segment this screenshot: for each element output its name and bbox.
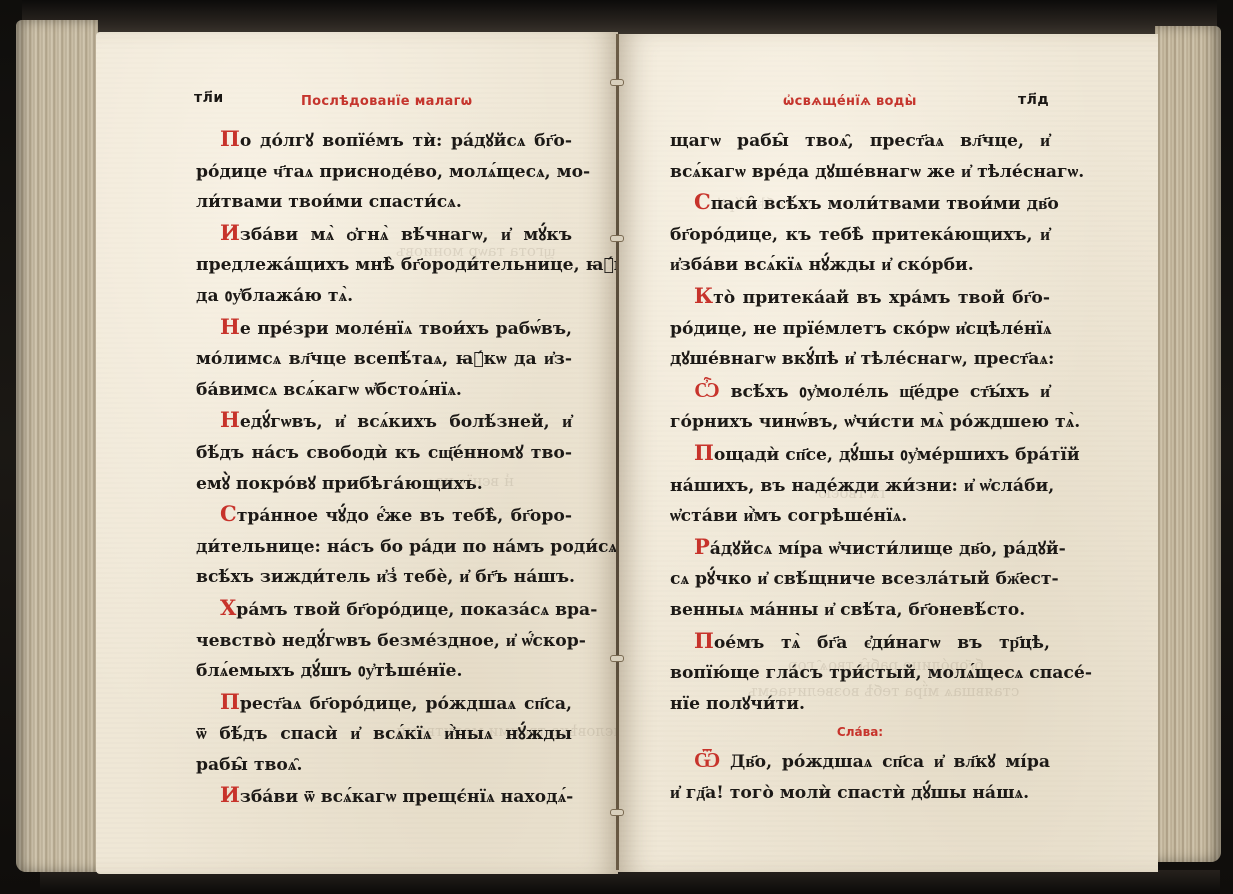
text-line: го́рнихъ чинѡ́въ, ѡ҆чи́сти мѧ̀ ро́ждшею … [670, 407, 1050, 438]
text-line: бг҃оро́дице, къ тебѣ̀ притека́ющихъ, и҆ [670, 220, 1050, 251]
text-line: щагѡ рабы̑ твоѧ̑, прест҃аѧ вл҃чце, и҆ [670, 126, 1050, 157]
red-initial: И [220, 782, 240, 807]
text-line: да ᲂу҆блажа́ю тѧ̀. [196, 281, 572, 312]
text-line: всѣ́хъ зижди́тель и҆з̾ тебѐ, и҆ бг҃ъ на́… [196, 562, 572, 593]
red-initial: С [694, 189, 711, 214]
text-line: Хра́мъ твой бг҃оро́дице, показа́сѧ вра- [196, 593, 572, 626]
red-initial: П [694, 440, 714, 465]
page-number: тл҃д [1018, 92, 1049, 108]
text-line: нїе полꙋчи́ти. [670, 689, 1050, 720]
text-line: ѿ бѣ́дъ спасѝ и҆ всѧ́кїѧ и҆̀ныѧ нꙋ́жды [196, 719, 572, 750]
red-initial: К [694, 283, 713, 308]
text-line: Ѽ всѣ́хъ ᲂу҆моле́ль щ҃е́дре ст҃ы́хъ и҆ [670, 375, 1050, 408]
red-initial: С [220, 501, 237, 526]
text-line: ба́вимсѧ всѧ́кагѡ ѡ҆бстоѧ́нїѧ. [196, 375, 572, 406]
text-line: Пое́мъ тѧ̀ бг҃а є҆ди́нагѡ въ тр҃цѣ, [670, 626, 1050, 659]
text-line: бѣ́дъ на́съ свободѝ къ сщ҃е́нномꙋ тво- [196, 438, 572, 469]
red-initial: Н [220, 407, 240, 432]
text-line: и҆ гд҃а! того̀ молѝ спастѝ дꙋ́шы на́шѧ. [670, 778, 1050, 809]
text-line: Изба́ви мѧ̀ ѻ҆гнѧ̀ вѣ́чнагѡ, и҆ мꙋ́къ [196, 218, 572, 251]
text-line: ди́тельнице: на́съ бо ра́ди по на́мъ род… [196, 532, 572, 563]
red-initial: Ѿ [694, 747, 720, 772]
text-line: ро́дице, не прїе́млетъ ско́рѡ и҆сцѣле́нї… [670, 314, 1050, 345]
text-line: рабы̑ твоѧ̑. [196, 750, 572, 781]
text-line: венныѧ ма́нны и҆ свѣ́та, бг҃оневѣ́сто. [670, 595, 1050, 626]
rubric-glory: Сла́ва: [670, 719, 1050, 745]
text-line: Недꙋ́гѡвъ, и҆ всѧ́кихъ болѣ́зней, и҆ [196, 405, 572, 438]
right-page-body: щагѡ рабы̑ твоѧ̑, прест҃аѧ вл҃чце, и҆ вс… [670, 126, 1050, 808]
text-line: Ѿ Дв҃о, ро́ждшаѧ сп҃са и҆ вл҃кꙋ мі́ра [670, 745, 1050, 778]
text-line: Пощадѝ сп҃се, дꙋ́шы ᲂу҆ме́ршихъ бра́тїй [670, 438, 1050, 471]
text-line: ѡ҆ста́ви и҆̀мъ согрѣше́нїѧ. [670, 501, 1050, 532]
text-line: Стра́нное чꙋ́до е҆́же въ тебѣ̀, бг҃оро- [196, 499, 572, 532]
text-line: По до́лгꙋ вопїе́мъ тѝ: ра́дꙋйсѧ бг҃о- [196, 124, 572, 157]
red-initial: Х [220, 595, 236, 620]
text-line: ли́твами твои́ми спасти́сѧ. [196, 187, 572, 218]
binding-stitch [611, 80, 623, 85]
running-head: Послѣдованїе малагѡ [301, 94, 472, 109]
book-gutter [616, 34, 619, 870]
right-page: ѡ҆ тебѣ вѣ́рꙋ тѧ твоєю бг҃оро́дице рабы̑… [618, 34, 1158, 872]
red-initial: Н [220, 314, 240, 339]
text-line: Прест҃аѧ бг҃оро́дице, ро́ждшаѧ сп҃са, [196, 687, 572, 720]
text-line: Спаси̑ всѣ́хъ моли́твами твои́ми дв҃о [670, 187, 1050, 220]
photo-background: ϣгота таѡр мониовъ н̾ вєнїѧ наѧ чєловѣка… [0, 0, 1233, 894]
text-line: всѧ́кагѡ вре́да дꙋше́внагѡ же и҆ тѣле́сн… [670, 157, 1050, 188]
binding-stitch [611, 810, 623, 815]
red-initial: П [220, 689, 240, 714]
text-line: дꙋше́внагѡ вкꙋ́пѣ и҆ тѣле́снагѡ, прест҃а… [670, 344, 1050, 375]
text-line: и҆зба́ви всѧ́кїѧ нꙋ́жды и҆ ско́рби. [670, 250, 1050, 281]
text-line: предлежа́щихъ мнѣ̀ бг҃ороди́тельнице, ꙗ҆… [196, 250, 572, 281]
text-line: чевство̀ недꙋ́гѡвъ безме́здное, и҆ ѡ҆́ск… [196, 626, 572, 657]
text-line: Не пре́зри моле́нїѧ твои́хъ рабѡ́въ, [196, 312, 572, 345]
text-line: Кто̀ притека́ай въ хра́мъ твой бг҃о- [670, 281, 1050, 314]
left-page-stack [16, 20, 98, 872]
text-line: блѧ́емыхъ дꙋ́шъ ᲂу҆тѣше́нїе. [196, 656, 572, 687]
red-initial: П [694, 628, 714, 653]
left-page-body: По до́лгꙋ вопїе́мъ тѝ: ра́дꙋйсѧ бг҃о- ро… [196, 124, 572, 813]
book-cover-top-edge [22, 0, 1217, 34]
binding-stitch [611, 236, 623, 241]
left-page: ϣгота таѡр мониовъ н̾ вєнїѧ наѧ чєловѣка… [96, 32, 618, 874]
red-initial: Р [694, 534, 710, 559]
running-head: ѡ҆свѧще́нїѧ воды̀ [783, 94, 917, 109]
text-line: Изба́ви ѿ всѧ́кагѡ прещє́нїѧ находѧ́- [196, 780, 572, 813]
red-initial: И [220, 220, 240, 245]
text-line: на́шихъ, въ наде́жди жи́зни: и҆ ѡ҆сла́би… [670, 471, 1050, 502]
right-page-stack [1155, 26, 1221, 862]
text-line: вопїю́ще гла́съ три́стый, молѧ́щесѧ спас… [670, 658, 1050, 689]
text-line: сѧ рꙋ́чко и҆ свѣ́щниче всезла́тый бж҃ест… [670, 564, 1050, 595]
text-line: Ра́дꙋйсѧ мі́ра ѡ҆чисти́лище дв҃о, ра́дꙋй… [670, 532, 1050, 565]
text-line: ро́дице ч҃таѧ присноде́во, молѧ́щесѧ, мо… [196, 157, 572, 188]
binding-stitch [611, 656, 623, 661]
text-line: емꙋ̀ покро́вꙋ прибѣга́ющихъ. [196, 469, 572, 500]
text-line: мо́лимсѧ вл҃чце всепѣ́таѧ, ꙗ҆́кѡ да и҆з- [196, 344, 572, 375]
page-number: тл҃и [194, 90, 224, 106]
red-initial: П [220, 126, 240, 151]
red-initial: Ѽ [694, 377, 720, 402]
